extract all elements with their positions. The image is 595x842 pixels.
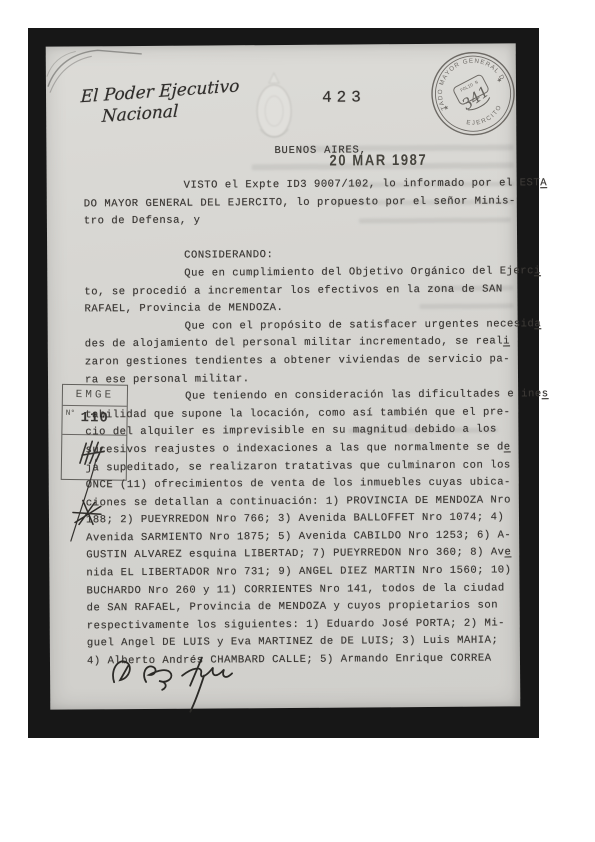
stamp-ring-text-top: ESTADO MAYOR GENERAL DEL xyxy=(414,34,506,116)
emge-number-value: 110 xyxy=(80,410,108,426)
emge-initials-scribble xyxy=(71,437,133,548)
embossed-seal xyxy=(246,67,303,147)
body-line: to, se procedió a incrementar los efecti… xyxy=(84,281,529,302)
emge-stamp-title: EMGE xyxy=(63,385,127,407)
body-line: DO MAYOR GENERAL DEL EJERCITO, lo propue… xyxy=(84,193,529,214)
body-line: zaron gestiones tendientes a obtener viv… xyxy=(85,351,530,372)
emge-stamp-initials-cell xyxy=(62,435,127,480)
emge-stamp-number-row: N° 110 xyxy=(62,406,126,436)
document-number: 423 xyxy=(322,88,366,106)
screenshot-canvas: El Poder Ejecutivo Nacional 423 ESTADO M… xyxy=(0,0,595,842)
emge-number-label: N° xyxy=(66,409,76,418)
registry-round-stamp: ESTADO MAYOR GENERAL DEL EJERCITO ★ ★ FO… xyxy=(414,34,533,153)
date-stamp: 20 MAR 1987 xyxy=(329,151,427,169)
body-line: tro de Defensa, y xyxy=(84,210,529,231)
margin-asterisk-mark xyxy=(71,498,105,528)
scan-background: El Poder Ejecutivo Nacional 423 ESTADO M… xyxy=(28,28,539,738)
body-text: VISTO el Expte ID3 9007/102, lo informad… xyxy=(84,175,532,671)
emge-stamp: EMGE N° 110 xyxy=(61,384,128,481)
svg-text:ESTADO MAYOR GENERAL DEL: ESTADO MAYOR GENERAL DEL xyxy=(414,34,506,116)
document-page: El Poder Ejecutivo Nacional 423 ESTADO M… xyxy=(46,43,521,709)
signature-marks xyxy=(108,651,258,716)
